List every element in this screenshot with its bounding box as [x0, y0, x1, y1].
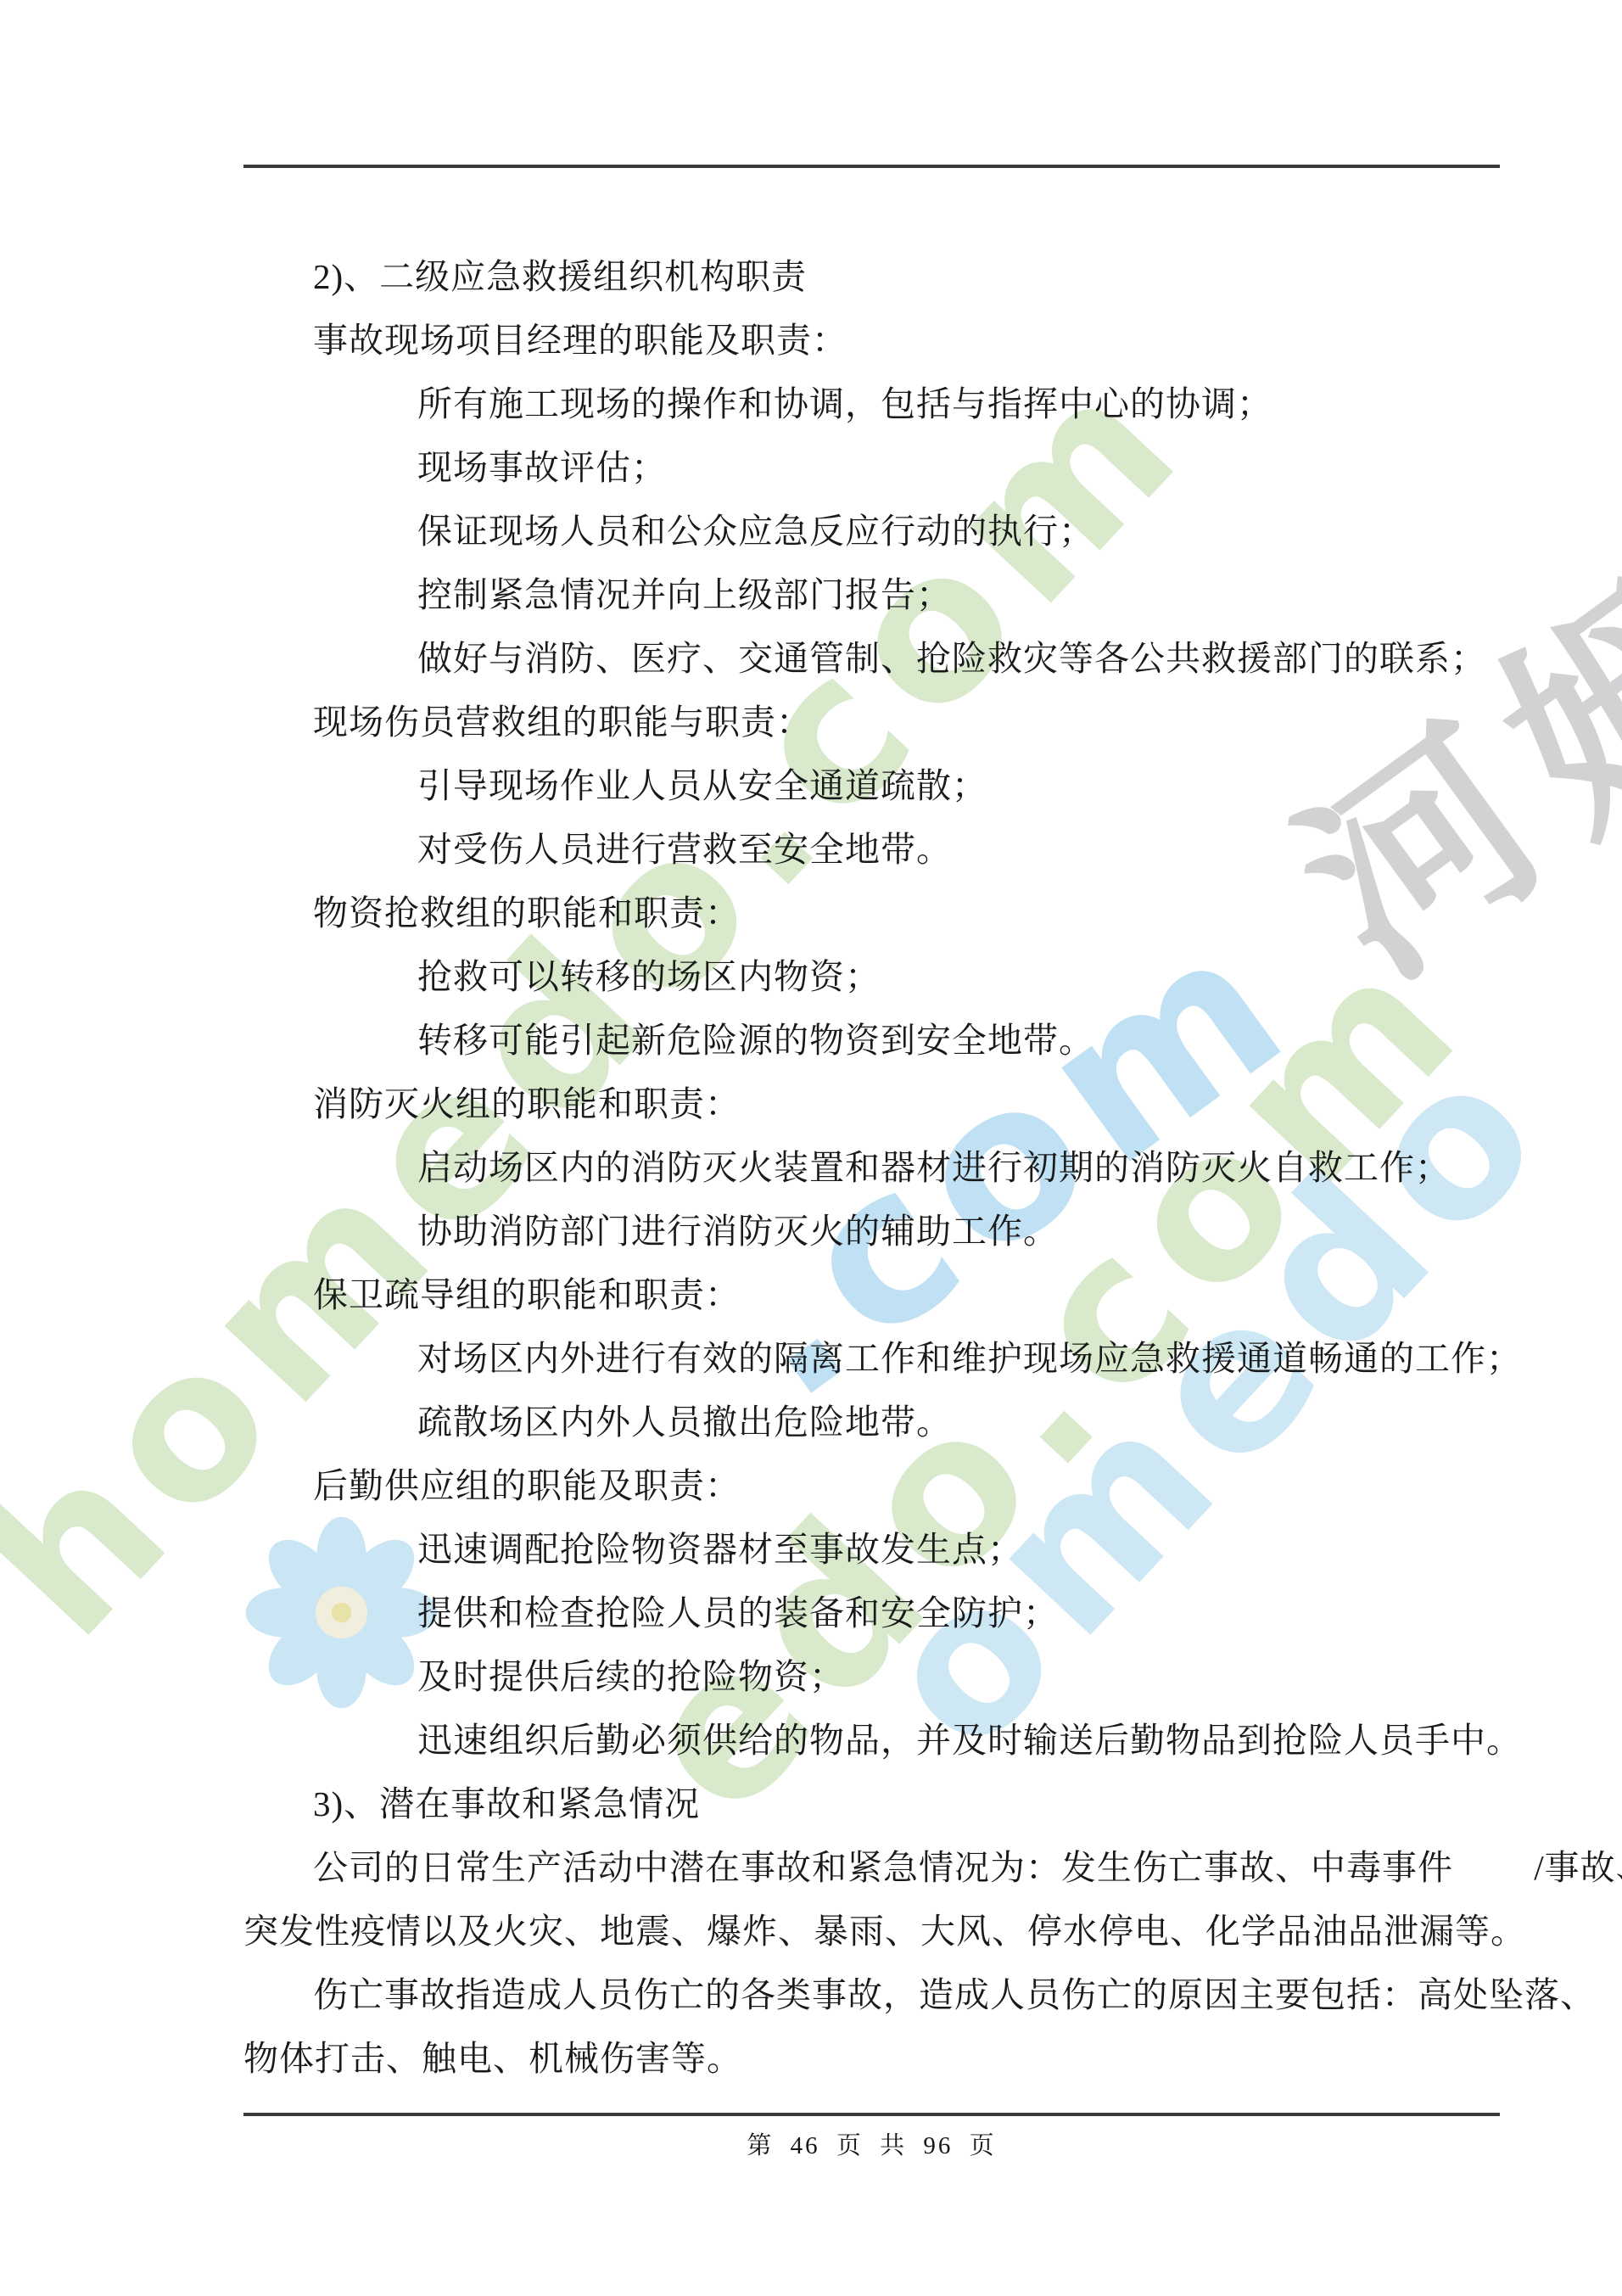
text-line: 伤亡事故指造成人员伤亡的各类事故，造成人员伤亡的原因主要包括：高处坠落、 — [243, 1963, 1507, 2027]
document-body: 2)、二级应急救援组织机构职责事故现场项目经理的职能及职责：所有施工现场的操作和… — [243, 245, 1507, 2091]
header-rule — [243, 165, 1500, 168]
text-line: 2)、二级应急救援组织机构职责 — [243, 245, 1507, 309]
text-line: 迅速调配抢险物资器材至事故发生点； — [243, 1518, 1507, 1582]
text-line: 3)、潜在事故和紧急情况 — [243, 1772, 1507, 1836]
text-line: 提供和检查抢险人员的装备和安全防护； — [243, 1582, 1507, 1645]
text-line: 引导现场作业人员从安全通道疏散； — [243, 754, 1507, 818]
text-line: 对场区内外进行有效的隔离工作和维护现场应急救援通道畅通的工作； — [243, 1327, 1507, 1391]
text-line: 事故现场项目经理的职能及职责： — [243, 309, 1507, 372]
text-line: 现场事故评估； — [243, 436, 1507, 500]
text-line: 疏散场区内外人员撤出危险地带。 — [243, 1391, 1507, 1454]
text-line: 及时提供后续的抢险物资； — [243, 1645, 1507, 1709]
text-line: 转移可能引起新危险源的物资到安全地带。 — [243, 1009, 1507, 1072]
text-line: 物资抢救组的职能和职责： — [243, 882, 1507, 945]
text-line: 消防灭火组的职能和职责： — [243, 1072, 1507, 1136]
text-line: 对受伤人员进行营救至安全地带。 — [243, 818, 1507, 882]
text-line: 物体打击、触电、机械伤害等。 — [243, 2027, 1507, 2091]
text-line: 控制紧急情况并向上级部门报告； — [243, 563, 1507, 627]
text-line: 保证现场人员和公众应急反应行动的执行； — [243, 500, 1507, 563]
text-line: 公司的日常生产活动中潜在事故和紧急情况为：发生伤亡事故、中毒事件 /事故、 — [243, 1836, 1507, 1900]
footer-rule — [243, 2113, 1500, 2116]
text-line: 保卫疏导组的职能和职责： — [243, 1263, 1507, 1327]
text-line: 突发性疫情以及火灾、地震、爆炸、暴雨、大风、停水停电、化学品油品泄漏等。 — [243, 1900, 1507, 1963]
text-line: 协助消防部门进行消防灭火的辅助工作。 — [243, 1200, 1507, 1263]
text-line: 做好与消防、医疗、交通管制、抢险救灾等各公共救援部门的联系； — [243, 627, 1507, 691]
text-line: 所有施工现场的操作和协调，包括与指挥中心的协调； — [243, 372, 1507, 436]
text-line: 抢救可以转移的场区内物资； — [243, 945, 1507, 1009]
text-line: 迅速组织后勤必须供给的物品，并及时输送后勤物品到抢险人员手中。 — [243, 1709, 1507, 1772]
document-page: homedo.com edo.com omedo .com 河姆渡 2)、二级应… — [0, 0, 1622, 2296]
text-line: 现场伤员营救组的职能与职责： — [243, 691, 1507, 754]
content-layer: 2)、二级应急救援组织机构职责事故现场项目经理的职能及职责：所有施工现场的操作和… — [0, 0, 1622, 2296]
text-line: 启动场区内的消防灭火装置和器材进行初期的消防灭火自救工作； — [243, 1136, 1507, 1200]
page-number: 第 46 页 共 96 页 — [243, 2126, 1500, 2161]
text-line: 后勤供应组的职能及职责： — [243, 1454, 1507, 1518]
